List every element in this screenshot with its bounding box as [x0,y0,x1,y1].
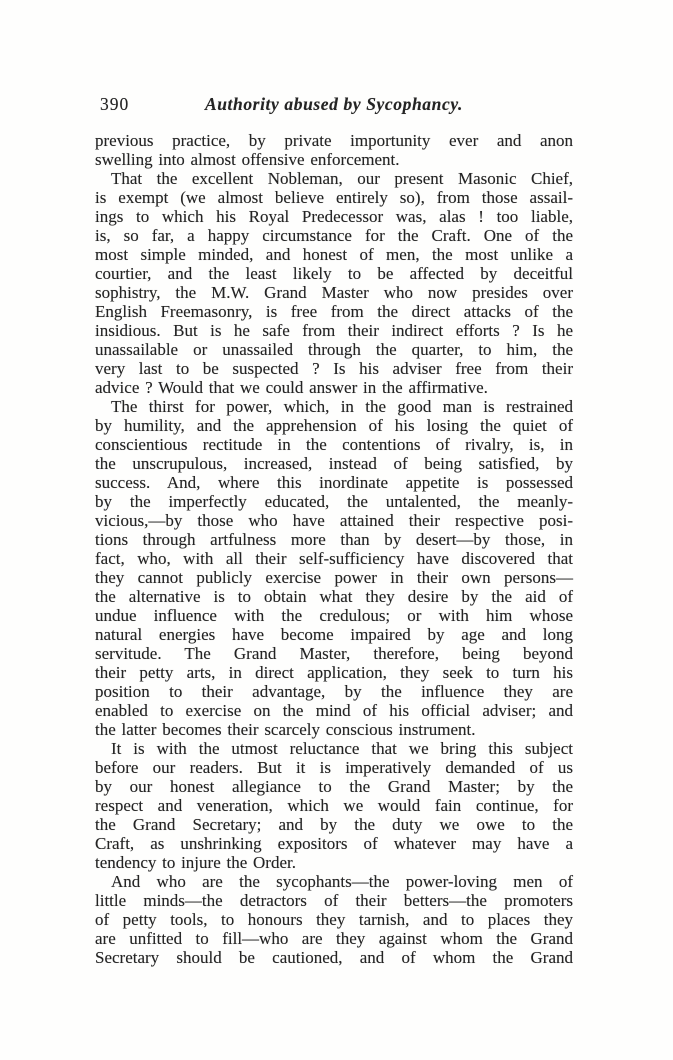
running-title: Authority abused by Sycophancy. [95,94,573,115]
text-line: tendency to injure the Order. [95,853,573,872]
text-line: the unscrupulous, increased, instead of … [95,454,573,473]
text-line: natural energies have become impaired by… [95,625,573,644]
paragraph: previous practice, by private importunit… [95,131,573,169]
text-line: English Freemasonry, is free from the di… [95,302,573,321]
text-line: Secretary should be cautioned, and of wh… [95,948,573,967]
text-line: very last to be suspected ? Is his advis… [95,359,573,378]
text-line: most simple minded, and honest of men, t… [95,245,573,264]
text-line: by the imperfectly educated, the untalen… [95,492,573,511]
text-line: they cannot publicly exercise power in t… [95,568,573,587]
text-line: before our readers. But it is imperative… [95,758,573,777]
text-line: unassailable or unassailed through the q… [95,340,573,359]
page-body: previous practice, by private importunit… [95,131,573,967]
text-line: servitude. The Grand Master, therefore, … [95,644,573,663]
paragraph: The thirst for power, which, in the good… [95,397,573,739]
text-line: the latter becomes their scarcely consci… [95,720,573,739]
text-line: That the excellent Nobleman, our present… [95,169,573,188]
text-line: fact, who, with all their self-sufficien… [95,549,573,568]
text-line: the alternative is to obtain what they d… [95,587,573,606]
text-line: tions through artfulness more than by de… [95,530,573,549]
book-page: 390 Authority abused by Sycophancy. prev… [0,0,673,1060]
text-line: swelling into almost offensive enforceme… [95,150,573,169]
paragraph: And who are the sycophants—the power-lov… [95,872,573,967]
paragraph: It is with the utmost reluctance that we… [95,739,573,872]
text-line: The thirst for power, which, in the good… [95,397,573,416]
text-line: sophistry, the M.W. Grand Master who now… [95,283,573,302]
text-line: by our honest allegiance to the Grand Ma… [95,777,573,796]
text-line: little minds—the detractors of their bet… [95,891,573,910]
text-line: position to their advantage, by the infl… [95,682,573,701]
text-line: It is with the utmost reluctance that we… [95,739,573,758]
text-line: insidious. But is he safe from their ind… [95,321,573,340]
text-line: are unfitted to fill—who are they agains… [95,929,573,948]
text-line: courtier, and the least likely to be aff… [95,264,573,283]
text-line: undue influence with the credulous; or w… [95,606,573,625]
text-line: is exempt (we almost believe entirely so… [95,188,573,207]
text-line: conscientious rectitude in the contentio… [95,435,573,454]
text-line: the Grand Secretary; and by the duty we … [95,815,573,834]
text-line: advice ? Would that we could answer in t… [95,378,573,397]
text-line: vicious,—by those who have attained thei… [95,511,573,530]
text-line: previous practice, by private importunit… [95,131,573,150]
text-line: success. And, where this inordinate appe… [95,473,573,492]
text-line: enabled to exercise on the mind of his o… [95,701,573,720]
running-head: 390 Authority abused by Sycophancy. [95,94,573,115]
text-line: of petty tools, to honours they tarnish,… [95,910,573,929]
paragraph: That the excellent Nobleman, our present… [95,169,573,397]
text-line: ings to which his Royal Predecessor was,… [95,207,573,226]
text-line: Craft, as unshrinking expositors of what… [95,834,573,853]
text-line: is, so far, a happy circumstance for the… [95,226,573,245]
text-line: their petty arts, in direct application,… [95,663,573,682]
page-number: 390 [100,94,129,115]
text-line: And who are the sycophants—the power-lov… [95,872,573,891]
text-line: respect and veneration, which we would f… [95,796,573,815]
text-line: by humility, and the apprehension of his… [95,416,573,435]
